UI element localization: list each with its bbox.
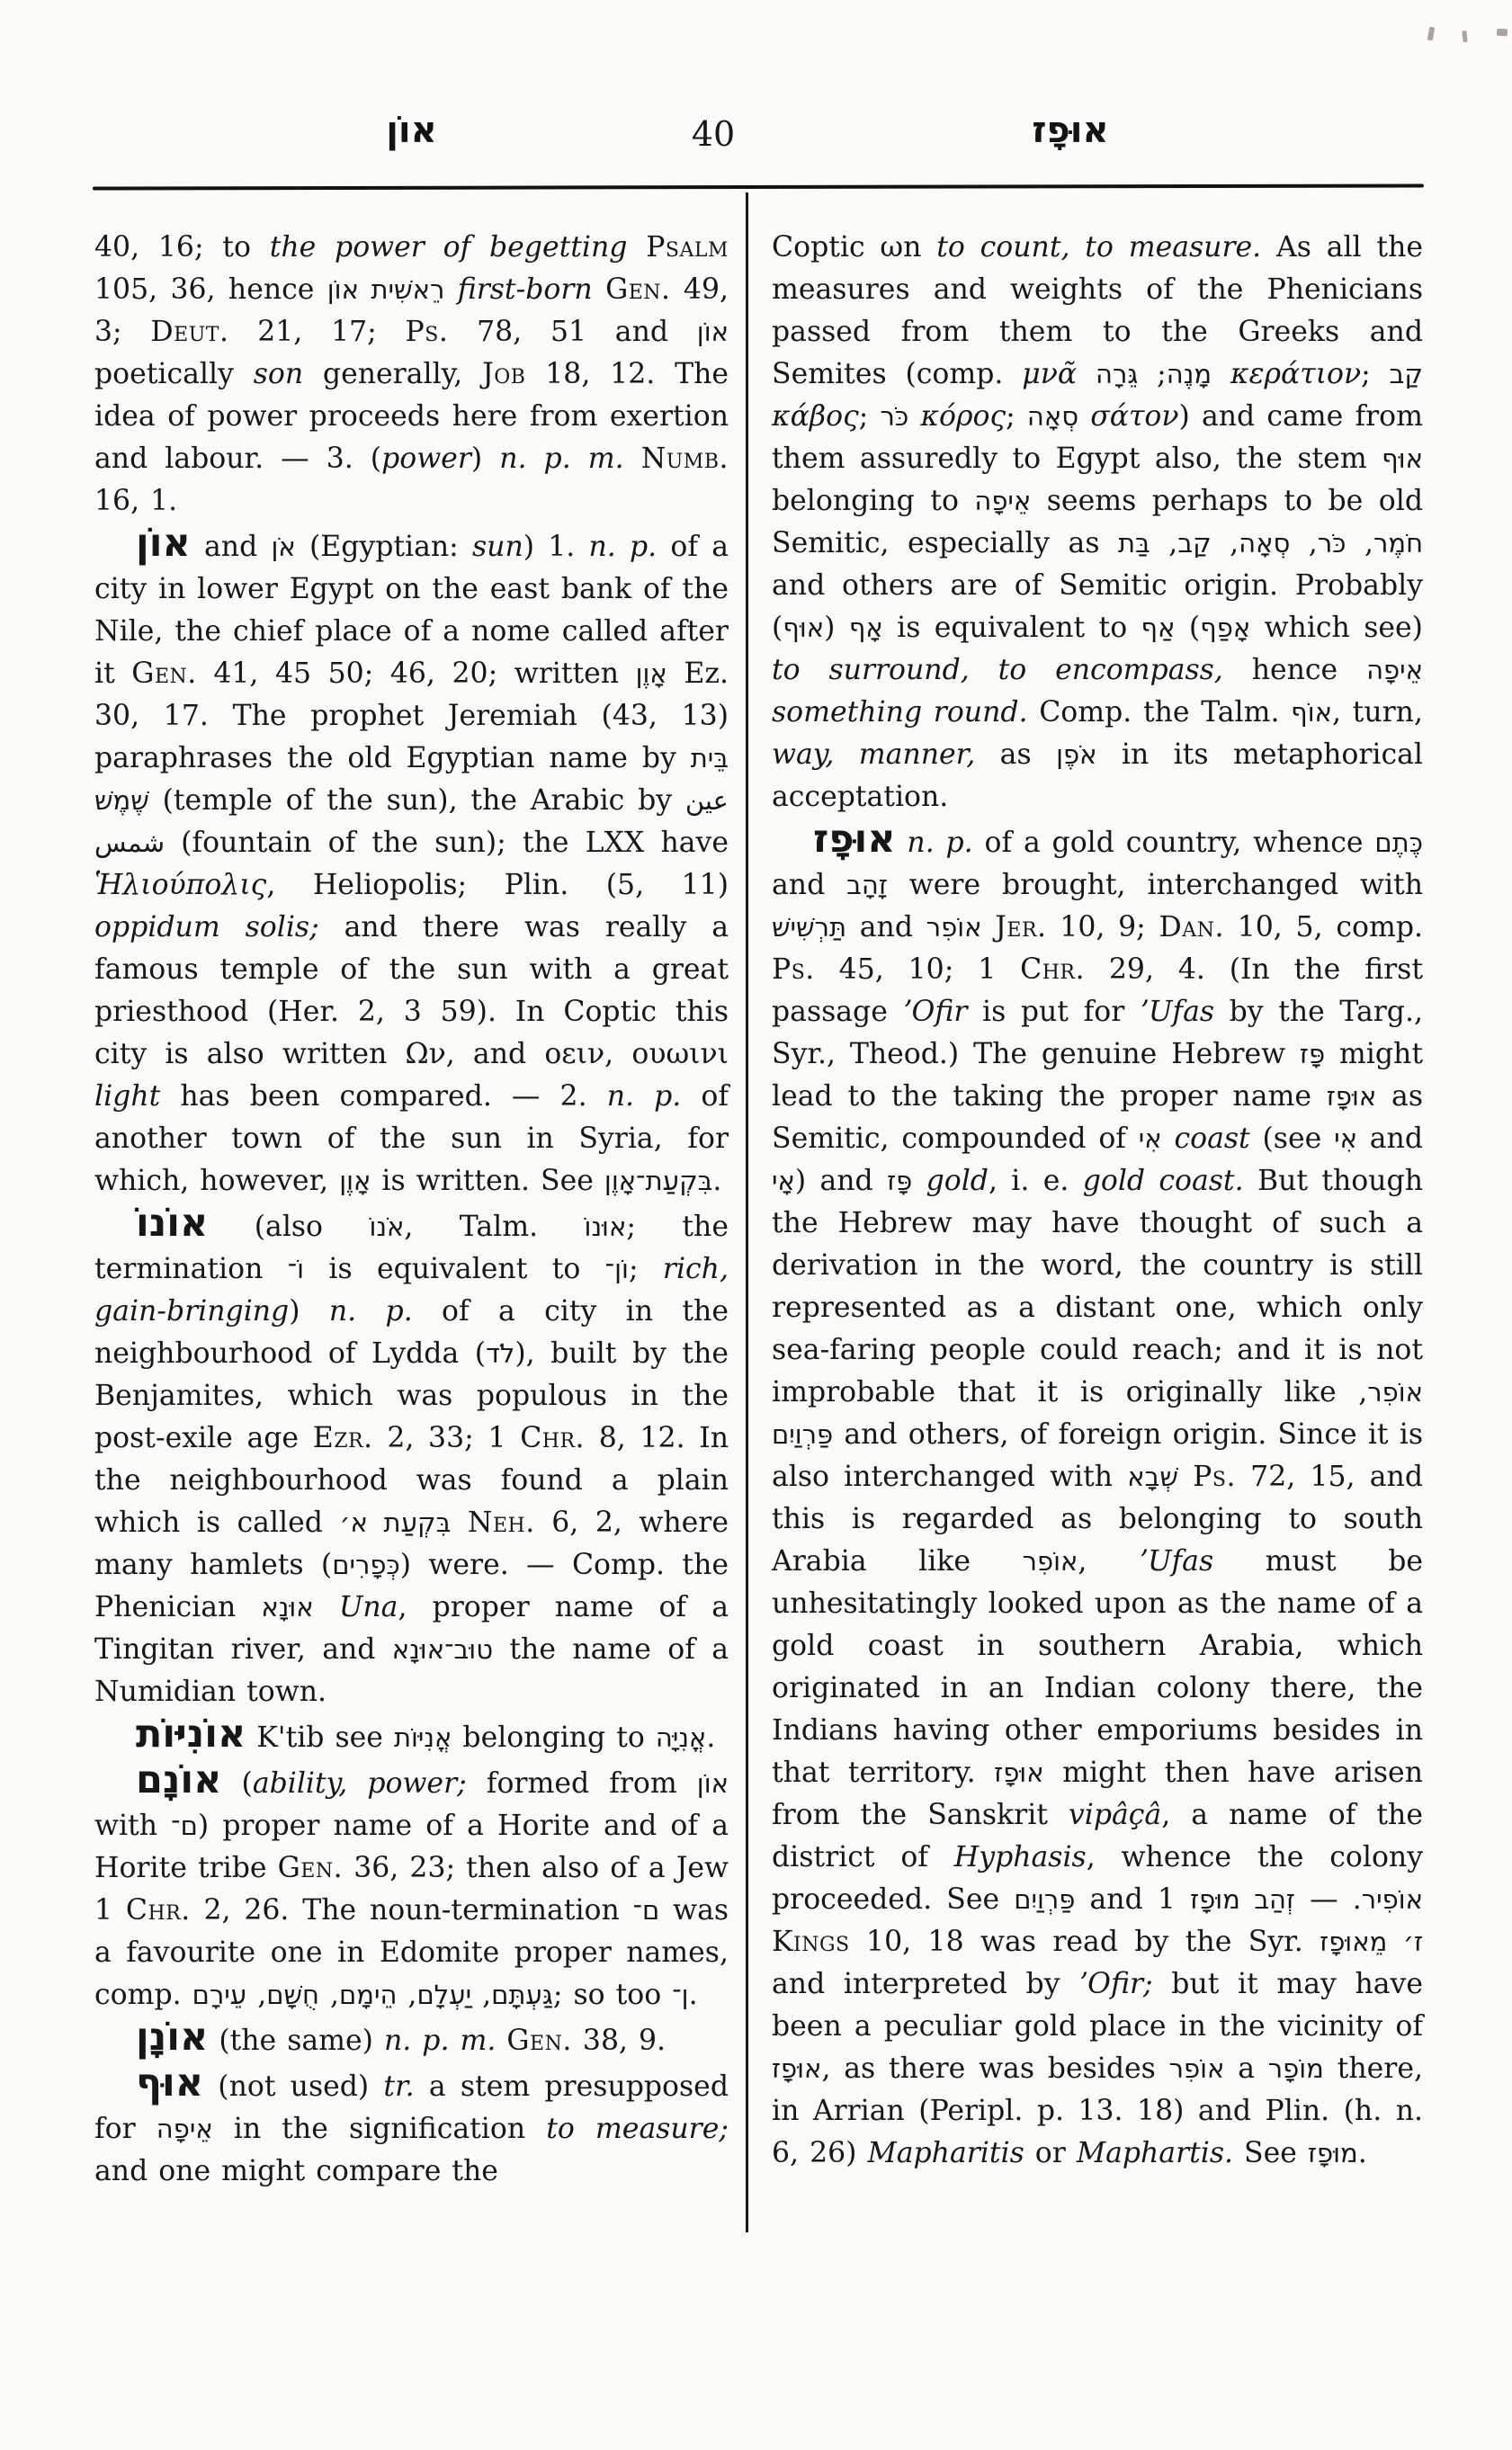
italic-run: ability, power; bbox=[253, 1767, 467, 1800]
italic-run: n. p. m. bbox=[384, 2025, 496, 2057]
hebrew-run: אוּף bbox=[783, 612, 824, 643]
text-run: is written. See bbox=[371, 1165, 604, 1197]
hebrew-run: מָנֶה bbox=[1167, 359, 1212, 389]
text-run bbox=[496, 2025, 506, 2057]
hebrew-run: כֹּר bbox=[1318, 528, 1346, 559]
italic-run: ʼOfir; bbox=[1078, 1968, 1153, 2000]
greek-run: Ἡλιούπολις bbox=[94, 869, 266, 901]
hebrew-run: אָוֶן bbox=[339, 1166, 371, 1196]
reference-abbrev: Ps. bbox=[406, 316, 449, 348]
hebrew-run: אִי bbox=[1334, 1123, 1357, 1154]
coptic-run: ωn bbox=[880, 231, 921, 264]
italic-run: Maphartis. bbox=[1077, 2137, 1233, 2169]
hebrew-run: אוֹן bbox=[697, 317, 729, 347]
hebrew-run: תַּרְשִׁישׁ bbox=[772, 912, 846, 943]
text-run: with bbox=[94, 1810, 171, 1842]
hebrew-run: אוּף bbox=[1382, 443, 1423, 474]
reference-abbrev: Gen. bbox=[278, 1852, 344, 1884]
headword-hebrew: אוּפָז bbox=[813, 817, 896, 862]
text-run: (not used) bbox=[203, 2070, 383, 2103]
text-run: belonging to bbox=[772, 485, 974, 517]
text-run: 10, 18 was read by the Syr. bbox=[850, 1926, 1320, 1958]
hebrew-run: רֵאשִׁית אוֹן bbox=[327, 274, 445, 305]
hebrew-run: אוֹפִר bbox=[1023, 1546, 1078, 1577]
text-run: 2, 26. The noun-termination bbox=[191, 1894, 633, 1927]
lexicon-page: אוֹן 40 אוּפָז 40, 16; to the power of b… bbox=[0, 0, 1512, 2450]
text-run: is put for bbox=[967, 996, 1139, 1028]
greek-run: σάτον bbox=[1090, 400, 1178, 433]
hebrew-run: שְׁבָא bbox=[1127, 1462, 1178, 1492]
entry-paragraph: אוֹן and אֹן (Egyptian: sun) 1. n. p. of… bbox=[94, 523, 729, 1203]
entry-paragraph: אוֹנִיּוֹת K'tib see אֳנִיּוֹת belonging… bbox=[94, 1713, 729, 1759]
text-run: (see bbox=[1250, 1122, 1334, 1155]
reference-abbrev: Chr. bbox=[126, 1894, 191, 1927]
continuation-paragraph: 40, 16; to the power of begetting Psalm … bbox=[94, 227, 729, 523]
reference-abbrev: Kings bbox=[772, 1926, 850, 1958]
reference-abbrev: Ps. bbox=[772, 953, 815, 986]
hebrew-run: הֵימָם bbox=[339, 1980, 397, 2010]
coptic-run: Ων bbox=[405, 1038, 445, 1070]
coptic-run: οειν bbox=[544, 1038, 604, 1070]
text-run: Comp. the Talm. bbox=[1028, 696, 1292, 729]
hebrew-run: עֵירָם bbox=[192, 1980, 247, 2010]
reference-abbrev: Job bbox=[482, 358, 525, 390]
italic-run: ʼOfir bbox=[902, 996, 967, 1028]
hebrew-run: בַּת bbox=[1118, 528, 1150, 559]
text-run: ; bbox=[1138, 358, 1166, 390]
italic-run: oppidum solis; bbox=[94, 911, 319, 943]
headword-hebrew: אוֹן bbox=[136, 521, 191, 566]
text-run: as bbox=[975, 738, 1056, 771]
hebrew-run: לֹד bbox=[486, 1338, 514, 1369]
reference-abbrev: Chr. bbox=[1020, 953, 1085, 986]
greek-run: κόρος bbox=[920, 400, 1006, 433]
text-run: 10, 5, comp. bbox=[1224, 911, 1423, 943]
hebrew-run: אוֹפִר bbox=[926, 912, 982, 943]
hebrew-run: ם־ bbox=[171, 1811, 198, 1841]
italic-run: Hyphasis bbox=[954, 1841, 1087, 1873]
italic-run: gold bbox=[926, 1165, 989, 1197]
text-run: 21, 17; bbox=[228, 316, 405, 348]
italic-run: n. p. bbox=[589, 531, 658, 563]
italic-run: Una bbox=[339, 1591, 398, 1623]
text-run bbox=[1212, 358, 1230, 390]
text-run: ( bbox=[824, 612, 849, 644]
text-run: ) bbox=[289, 1295, 329, 1328]
ink-speck bbox=[1427, 27, 1436, 41]
reference-abbrev: Psalm bbox=[646, 231, 729, 264]
text-run bbox=[1077, 358, 1096, 390]
hebrew-run: אוֹפִר bbox=[1169, 2053, 1225, 2084]
text-run: and one might compare the bbox=[94, 2155, 498, 2187]
hebrew-run: גֵּרָה bbox=[1096, 359, 1138, 389]
running-head-right: אוּפָז bbox=[772, 106, 1369, 155]
text-run bbox=[921, 231, 936, 264]
hebrew-run: חֻשָׁם bbox=[266, 1980, 319, 2010]
reference-abbrev: Numb. bbox=[641, 443, 729, 475]
text-run: 40, 16; to bbox=[94, 231, 270, 264]
text-run: 78, 51 and bbox=[448, 316, 696, 348]
text-run bbox=[624, 443, 641, 475]
hebrew-run: מוֹפָר bbox=[1268, 2053, 1324, 2084]
hebrew-run: ם־ bbox=[633, 1895, 660, 1926]
text-run: which see) bbox=[1250, 612, 1423, 644]
text-run: ( bbox=[1175, 612, 1200, 644]
text-run: (also bbox=[208, 1211, 369, 1243]
italic-run: n. p. m. bbox=[499, 443, 623, 475]
hebrew-run: קַב bbox=[1177, 528, 1211, 559]
text-run: But though the Hebrew may have thought o… bbox=[772, 1165, 1423, 1408]
italic-run: to measure; bbox=[546, 2113, 729, 2145]
text-run: , bbox=[397, 1979, 416, 2011]
right-column: Coptic ωn to count, to measure. As all t… bbox=[772, 227, 1423, 2175]
text-run: ; bbox=[1361, 358, 1389, 390]
italic-run: something round. bbox=[772, 696, 1028, 729]
headword-hebrew: אוֹנִיּוֹת bbox=[136, 1712, 246, 1757]
hebrew-run: אֵיפָה bbox=[974, 486, 1031, 516]
hebrew-run: ז׳ מֵאוּפָז bbox=[1320, 1927, 1423, 1957]
italic-run: ʼUfas bbox=[1140, 996, 1214, 1028]
hebrew-run: זָהָב bbox=[846, 870, 888, 900]
text-run: . bbox=[706, 1721, 715, 1754]
text-run: , bbox=[246, 1979, 266, 2011]
italic-run: Mapharitis bbox=[867, 2137, 1024, 2169]
text-run: Coptic bbox=[772, 231, 880, 264]
text-run: , turn, bbox=[1332, 696, 1423, 729]
reference-abbrev: Ezr. bbox=[313, 1422, 373, 1454]
hebrew-run: אוֹן bbox=[697, 1768, 729, 1799]
hebrew-run: אוּפָז bbox=[994, 1757, 1043, 1788]
entry-paragraph: אוֹנָם (ability, power; formed from אוֹן… bbox=[94, 1759, 729, 2016]
text-run: . bbox=[1358, 2137, 1367, 2169]
hebrew-run: אֹנוֹ bbox=[369, 1212, 404, 1242]
hebrew-run: וֹ־ bbox=[288, 1254, 304, 1284]
text-run: ; bbox=[859, 400, 881, 433]
text-run: 41, 45 50; 46, 20; written bbox=[197, 657, 636, 690]
text-run bbox=[1178, 1461, 1193, 1493]
text-run: ; so too bbox=[553, 1979, 672, 2011]
hebrew-run: כְּפָרִים bbox=[332, 1550, 400, 1580]
text-run: belonging to bbox=[452, 1721, 656, 1754]
header-rule bbox=[93, 183, 1424, 190]
text-run: ( bbox=[222, 1767, 253, 1800]
hebrew-run: יַעְלָם bbox=[416, 1980, 471, 2010]
hebrew-run: אוּנוֹ bbox=[585, 1212, 627, 1242]
greek-run: κάβος bbox=[772, 400, 859, 433]
text-run: ) 1. bbox=[523, 531, 589, 563]
text-run: (Egyptian: bbox=[296, 531, 472, 563]
text-run: ) bbox=[471, 443, 499, 475]
italic-run: vipâçâ bbox=[1069, 1799, 1161, 1831]
hebrew-run: אוֹף bbox=[1291, 697, 1332, 728]
italic-run: tr. bbox=[383, 2070, 414, 2103]
hebrew-run: וֹן־ bbox=[605, 1254, 629, 1284]
text-run: and interpreted by bbox=[772, 1968, 1078, 2000]
text-run: or bbox=[1024, 2137, 1077, 2169]
coptic-run: ουωινι bbox=[631, 1038, 729, 1070]
hebrew-run: אָף bbox=[849, 612, 883, 643]
hebrew-run: סְאָה bbox=[1027, 401, 1078, 432]
text-run bbox=[896, 827, 908, 859]
headword-hebrew: אוֹנָם bbox=[136, 1757, 222, 1802]
italic-run: to surround, to encompass, bbox=[772, 654, 1223, 686]
hebrew-run: אִי bbox=[1139, 1123, 1162, 1154]
hebrew-run: אָי bbox=[772, 1166, 795, 1196]
text-run bbox=[444, 273, 457, 306]
text-run: and others are of Semitic origin. Probab… bbox=[772, 569, 1423, 602]
text-run: , bbox=[1290, 527, 1318, 559]
text-run: and bbox=[191, 531, 272, 563]
text-run: generally, bbox=[303, 358, 482, 390]
hebrew-run: מוּפָז bbox=[1308, 2138, 1358, 2168]
entry-paragraph: אוּפָז n. p. of a gold country, whence כ… bbox=[772, 818, 1423, 2175]
italic-run: n. p. bbox=[907, 827, 972, 859]
reference-abbrev: Gen. bbox=[131, 657, 197, 690]
text-run: and bbox=[846, 911, 926, 943]
entry-paragraph: אוּף (not used) tr. a stem presupposed f… bbox=[94, 2062, 729, 2193]
hebrew-run: אֵיפָה bbox=[1366, 655, 1423, 685]
headword-hebrew: אוֹנָן bbox=[136, 2015, 208, 2060]
hebrew-run: קַב bbox=[1390, 359, 1423, 389]
text-run: a bbox=[1224, 2052, 1267, 2085]
text-run: , bbox=[1358, 1376, 1367, 1408]
text-run: must be unhesitatingly looked upon as th… bbox=[772, 1545, 1423, 1789]
hebrew-run: פָּז bbox=[887, 1166, 912, 1196]
text-run: , bbox=[1346, 527, 1374, 559]
ink-speck bbox=[1497, 29, 1508, 37]
text-run bbox=[982, 911, 996, 943]
reference-abbrev: Ps. bbox=[1193, 1461, 1236, 1493]
hebrew-run: טוּב־אוּנָא bbox=[392, 1634, 493, 1665]
hebrew-run: חֹמֶר bbox=[1373, 528, 1423, 559]
hebrew-run: ן־ bbox=[672, 1980, 688, 2010]
italic-run: ʼUfas bbox=[1139, 1545, 1213, 1578]
hebrew-run: פַּרְוַיִם bbox=[1014, 1884, 1075, 1915]
text-run: 16, 1. bbox=[94, 485, 177, 517]
text-run: 45, 10; 1 bbox=[815, 953, 1020, 986]
italic-run: son bbox=[254, 358, 303, 390]
text-run: , bbox=[1150, 527, 1178, 559]
hebrew-run: אוּפָז bbox=[772, 2053, 821, 2084]
reference-abbrev: Neh. bbox=[468, 1507, 535, 1539]
text-run: 1 bbox=[1158, 1883, 1190, 1916]
text-run: , i. e. bbox=[989, 1165, 1083, 1197]
text-run bbox=[908, 400, 920, 433]
hebrew-run: אֳנִיּוֹת bbox=[394, 1722, 452, 1753]
italic-run: coast bbox=[1174, 1122, 1249, 1155]
hebrew-run: אָוֶן bbox=[636, 658, 667, 689]
text-run: . bbox=[712, 1165, 721, 1197]
hebrew-run: בִּקְעַת א׳ bbox=[339, 1507, 451, 1538]
italic-run: light bbox=[94, 1080, 160, 1113]
text-run: and bbox=[1357, 1122, 1423, 1155]
text-run: ; bbox=[1006, 400, 1027, 433]
text-run: hence bbox=[1223, 654, 1366, 686]
reference-abbrev: Jer. bbox=[995, 911, 1046, 943]
headword-hebrew: אוּף bbox=[136, 2061, 203, 2106]
text-run: formed from bbox=[467, 1767, 697, 1800]
ink-speck bbox=[1462, 31, 1467, 42]
italic-run: first-born bbox=[458, 273, 593, 306]
text-run: , Heliopolis; Plin. (5, 11) bbox=[266, 869, 729, 901]
italic-run: n. p. bbox=[329, 1295, 413, 1328]
reference-abbrev: Deut. bbox=[150, 316, 228, 348]
hebrew-run: אָפַף bbox=[1200, 612, 1250, 643]
greek-run: κεράτιον bbox=[1230, 358, 1361, 390]
hebrew-run: כֶּתֶם bbox=[1374, 827, 1423, 858]
text-run: (the same) bbox=[208, 2025, 384, 2057]
text-run bbox=[314, 1591, 339, 1623]
hebrew-run: אַף bbox=[1141, 612, 1176, 643]
text-run bbox=[912, 1165, 926, 1197]
hebrew-run: פַּרְוַיִם bbox=[772, 1419, 833, 1450]
text-run: , bbox=[471, 1979, 491, 2011]
entry-paragraph: אוֹנָן (the same) n. p. m. Gen. 38, 9. bbox=[94, 2016, 729, 2062]
text-run: in the signification bbox=[213, 2113, 547, 2145]
text-run: and bbox=[1075, 1883, 1158, 1916]
text-run: 2, 33; 1 bbox=[373, 1422, 521, 1454]
hebrew-run: אֹן bbox=[271, 532, 295, 562]
text-run: (temple of the sun), the Arabic by bbox=[149, 784, 685, 817]
hebrew-run: כֹּר bbox=[881, 401, 909, 432]
text-run: , bbox=[319, 1979, 339, 2011]
italic-run: sun bbox=[472, 531, 523, 563]
hebrew-run: אוֹפִר bbox=[1367, 1377, 1423, 1408]
text-run: 105, 36, hence bbox=[94, 273, 327, 306]
hebrew-run: אֵיפָה bbox=[157, 2114, 213, 2144]
text-run: 10, 9; bbox=[1047, 911, 1159, 943]
text-run: is equivalent to bbox=[304, 1253, 605, 1285]
text-run: . — bbox=[1295, 1883, 1362, 1916]
greek-run: μνᾶ bbox=[1022, 358, 1077, 390]
text-run: , and bbox=[446, 1038, 545, 1070]
italic-run: way, manner, bbox=[772, 738, 975, 771]
text-run: , Talm. bbox=[404, 1211, 584, 1243]
text-run: ) and bbox=[795, 1165, 887, 1197]
hebrew-run: אֳנִיָּה bbox=[656, 1722, 706, 1753]
text-run: has been compared. — 2. bbox=[160, 1080, 606, 1113]
reference-abbrev: Dan. bbox=[1159, 911, 1224, 943]
italic-run: to count, to measure. bbox=[936, 231, 1261, 264]
text-run: ; bbox=[629, 1253, 663, 1285]
hebrew-run: זְהַב מוּפָז bbox=[1190, 1884, 1295, 1915]
entry-paragraph: אוֹנוֹ (also אֹנוֹ, Talm. אוּנוֹ; the te… bbox=[94, 1203, 729, 1713]
text-run: poetically bbox=[94, 358, 254, 390]
text-run bbox=[593, 273, 605, 306]
italic-run: power bbox=[381, 443, 471, 475]
text-run: , bbox=[1212, 527, 1239, 559]
hebrew-run: אוּנָא bbox=[261, 1592, 313, 1623]
hebrew-run: אוֹפִיר bbox=[1362, 1884, 1423, 1915]
text-run: , bbox=[1078, 1545, 1139, 1578]
italic-run: n. p. bbox=[607, 1080, 682, 1113]
headword-hebrew: אוֹנוֹ bbox=[136, 1201, 208, 1246]
hebrew-run: פָּז bbox=[1300, 1039, 1325, 1069]
text-run: 38, 9. bbox=[572, 2025, 666, 2057]
italic-run: the power of begetting bbox=[270, 231, 647, 264]
hebrew-run: גַּעְתָּם bbox=[491, 1980, 553, 2010]
text-run: of a gold country, whence bbox=[973, 827, 1375, 859]
text-run: . bbox=[689, 1979, 698, 2011]
italic-run: gold coast. bbox=[1083, 1165, 1244, 1197]
hebrew-run: אֹפֶן bbox=[1056, 739, 1096, 770]
text-run bbox=[1078, 400, 1090, 433]
text-run bbox=[451, 1507, 468, 1539]
text-run: , bbox=[604, 1038, 631, 1070]
text-run: See bbox=[1233, 2137, 1308, 2169]
hebrew-run: בִּקְעַת־אָוֶן bbox=[604, 1166, 713, 1196]
hebrew-run: אוּפָז bbox=[1327, 1081, 1376, 1112]
continuation-paragraph: Coptic ωn to count, to measure. As all t… bbox=[772, 227, 1423, 818]
reference-abbrev: Gen. bbox=[506, 2025, 572, 2057]
column-divider bbox=[746, 192, 748, 2232]
text-run: were brought, interchanged with bbox=[888, 869, 1423, 901]
hebrew-run: סְאָה bbox=[1239, 528, 1290, 559]
text-run bbox=[1162, 1122, 1175, 1155]
left-column: 40, 16; to the power of begetting Psalm … bbox=[94, 227, 729, 2193]
text-run: K'tib see bbox=[246, 1721, 394, 1754]
reference-abbrev: Chr. bbox=[520, 1422, 585, 1454]
text-run: (fountain of the sun); the LXX have bbox=[165, 827, 729, 859]
reference-abbrev: Gen. bbox=[605, 273, 671, 306]
text-run: and bbox=[772, 869, 846, 901]
text-run: , as there was besides bbox=[821, 2052, 1168, 2085]
